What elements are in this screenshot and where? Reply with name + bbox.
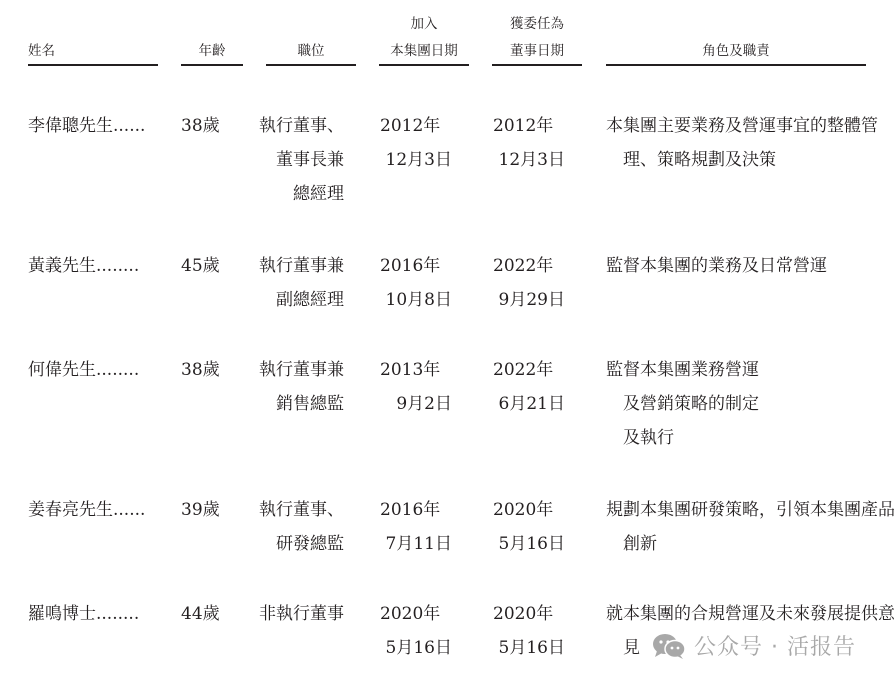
- join-year: 2020年: [360, 597, 452, 631]
- header-appoint-date-line1: 獲委任為: [492, 15, 582, 42]
- appoint-monthday: 5月16日: [473, 631, 565, 665]
- position-line: 總經理: [256, 177, 344, 211]
- header-age: 年齡: [181, 42, 243, 60]
- header-name: 姓名: [28, 42, 55, 60]
- row-name: 黃義先生........: [28, 249, 139, 283]
- watermark-text: 公众号 · 活报告: [694, 630, 856, 661]
- role-line: 創新: [606, 527, 894, 561]
- header-position: 職位: [266, 42, 356, 60]
- header-divider-name: [28, 64, 158, 66]
- join-year: 2013年: [360, 353, 452, 387]
- row-name: 姜春亮先生......: [28, 493, 145, 527]
- row-name: 李偉聰先生......: [28, 109, 145, 143]
- join-monthday: 12月3日: [360, 143, 452, 177]
- wechat-icon: [652, 633, 686, 659]
- role-line: 就本集團的合規營運及未來發展提供意: [606, 597, 894, 631]
- role-line: 監督本集團業務營運: [606, 353, 759, 387]
- header-divider-age: [181, 64, 243, 66]
- appoint-year: 2012年: [473, 109, 565, 143]
- watermark: 公众号 · 活报告: [652, 630, 856, 661]
- join-year: 2016年: [360, 493, 452, 527]
- row-role: 監督本集團業務營運 及營銷策略的制定 及執行: [606, 353, 759, 455]
- position-line: 執行董事、: [256, 493, 344, 527]
- role-line: 規劃本集團研發策略，引領本集團產品: [606, 493, 894, 527]
- position-line: 研發總監: [256, 527, 344, 561]
- row-join-date: 2020年 5月16日: [360, 597, 452, 665]
- join-monthday: 7月11日: [360, 527, 452, 561]
- row-age: 44歲: [181, 597, 220, 631]
- position-line: 董事長兼: [256, 143, 344, 177]
- row-role: 本集團主要業務及營運事宜的整體管 理、策略規劃及決策: [606, 109, 878, 177]
- header-role: 角色及職責: [606, 42, 866, 60]
- row-role: 監督本集團的業務及日常營運: [606, 249, 827, 283]
- header-divider-appoint-date: [492, 64, 582, 66]
- position-line: 副總經理: [256, 283, 344, 317]
- role-line: 本集團主要業務及營運事宜的整體管: [606, 109, 878, 143]
- header-join-date-line2: 本集團日期: [379, 42, 469, 60]
- appoint-year: 2022年: [473, 353, 565, 387]
- appoint-monthday: 5月16日: [473, 527, 565, 561]
- row-position: 執行董事、 董事長兼 總經理: [256, 109, 344, 211]
- role-line: 理、策略規劃及決策: [606, 143, 878, 177]
- header-appoint-date-line2: 董事日期: [492, 42, 582, 60]
- row-position: 非執行董事: [256, 597, 344, 631]
- appoint-monthday: 12月3日: [473, 143, 565, 177]
- row-appoint-date: 2022年 6月21日: [473, 353, 565, 421]
- role-line: 監督本集團的業務及日常營運: [606, 249, 827, 283]
- join-year: 2012年: [360, 109, 452, 143]
- position-line: 非執行董事: [256, 597, 344, 631]
- header-divider-role: [606, 64, 866, 66]
- row-appoint-date: 2020年 5月16日: [473, 597, 565, 665]
- appoint-year: 2020年: [473, 597, 565, 631]
- row-role: 規劃本集團研發策略，引領本集團產品 創新: [606, 493, 894, 561]
- appoint-year: 2020年: [473, 493, 565, 527]
- position-line: 執行董事兼: [256, 353, 344, 387]
- join-monthday: 10月8日: [360, 283, 452, 317]
- header-join-date-line1: 加入: [379, 15, 469, 42]
- join-year: 2016年: [360, 249, 452, 283]
- position-line: 執行董事兼: [256, 249, 344, 283]
- position-line: 執行董事、: [256, 109, 344, 143]
- appoint-year: 2022年: [473, 249, 565, 283]
- role-line: 及執行: [606, 421, 759, 455]
- header-join-date: 加入 本集團日期: [379, 15, 469, 60]
- role-line: 及營銷策略的制定: [606, 387, 759, 421]
- row-join-date: 2012年 12月3日: [360, 109, 452, 177]
- appoint-monthday: 6月21日: [473, 387, 565, 421]
- row-appoint-date: 2022年 9月29日: [473, 249, 565, 317]
- row-position: 執行董事、 研發總監: [256, 493, 344, 561]
- row-age: 38歲: [181, 353, 220, 387]
- join-monthday: 9月2日: [360, 387, 452, 421]
- row-age: 39歲: [181, 493, 220, 527]
- row-position: 執行董事兼 銷售總監: [256, 353, 344, 421]
- position-line: 銷售總監: [256, 387, 344, 421]
- row-position: 執行董事兼 副總經理: [256, 249, 344, 317]
- row-join-date: 2016年 10月8日: [360, 249, 452, 317]
- row-appoint-date: 2012年 12月3日: [473, 109, 565, 177]
- header-appoint-date: 獲委任為 董事日期: [492, 15, 582, 60]
- row-name: 何偉先生........: [28, 353, 139, 387]
- header-divider-position: [266, 64, 356, 66]
- row-age: 45歲: [181, 249, 220, 283]
- row-name: 羅鳴博士........: [28, 597, 139, 631]
- row-age: 38歲: [181, 109, 220, 143]
- row-join-date: 2013年 9月2日: [360, 353, 452, 421]
- header-divider-join-date: [379, 64, 469, 66]
- row-appoint-date: 2020年 5月16日: [473, 493, 565, 561]
- appoint-monthday: 9月29日: [473, 283, 565, 317]
- row-join-date: 2016年 7月11日: [360, 493, 452, 561]
- join-monthday: 5月16日: [360, 631, 452, 665]
